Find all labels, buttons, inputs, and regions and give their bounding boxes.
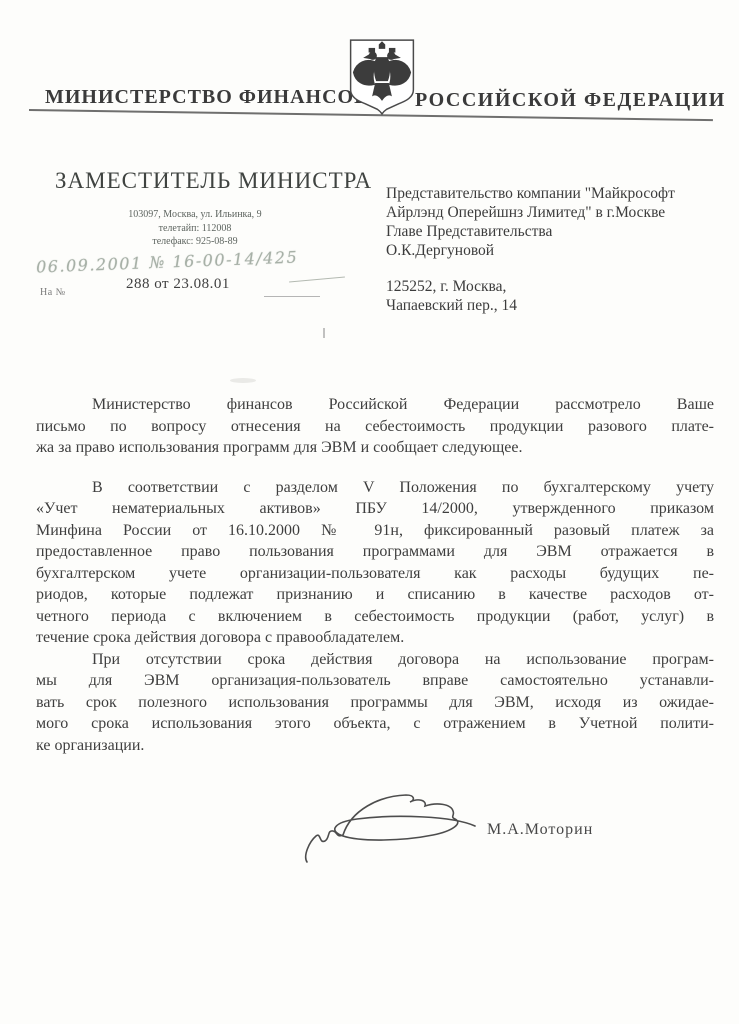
body-line: ке организации. <box>36 735 714 757</box>
body-line: мого срока использования этого объекта, … <box>36 713 714 735</box>
body-line: «Учет нематериальных активов» ПБУ 14/200… <box>36 498 714 520</box>
recipient-line: Представительство компании "Майкрософт <box>386 184 726 203</box>
outgoing-reference-handwritten: 06.09.2001 № 16-00-14/425 <box>36 244 376 276</box>
recipient-address-line: Чапаевский пер., 14 <box>386 296 726 315</box>
body-line: Минфина России от 16.10.2000 № 91н, фикс… <box>36 520 714 542</box>
recipient-address-line: 125252, г. Москва, <box>386 277 726 296</box>
body-paragraph: При отсутствии срока действия договора н… <box>36 649 714 757</box>
scan-artifact-smudge <box>230 378 256 383</box>
incoming-reference: 288 от 23.08.01 <box>126 276 230 293</box>
body-line: течение срока действия договора с правоо… <box>36 627 714 649</box>
scan-artifact-tick <box>323 328 325 338</box>
body-line: риодов, которые подлежат признанию и спи… <box>36 584 714 606</box>
body-line: четного периода с включением в себестоим… <box>36 606 714 628</box>
recipient-line: О.К.Дергуновой <box>386 241 726 260</box>
ministry-name-right: РОССИЙСКОЙ ФЕДЕРАЦИИ <box>415 89 726 112</box>
body-line: вать срок полезного использования програ… <box>36 692 714 714</box>
reference-number-label: На № <box>40 287 66 298</box>
body-paragraph: Министерство финансов Российской Федерац… <box>36 394 714 459</box>
recipient-line: Айрлэнд Оперейшнз Лимитед" в г.Москве <box>386 203 726 222</box>
recipient-line: Главе Представительства <box>386 222 726 241</box>
body-line: жа за право использования программ для Э… <box>36 437 714 459</box>
body-paragraph: В соответствии с разделом V Положения по… <box>36 477 714 649</box>
body-line: предоставленное право пользования програ… <box>36 541 714 563</box>
letter-body: Министерство финансов Российской Федерац… <box>36 394 714 756</box>
scanned-letter-page: МИНИСТЕРСТВО ФИНАНСОВ РОССИЙСКОЙ ФЕДЕРАЦ… <box>0 0 739 1024</box>
body-line: мы для ЭВМ организация-пользователь впра… <box>36 670 714 692</box>
handwriting-underline <box>289 277 345 283</box>
body-line: Министерство финансов Российской Федерац… <box>36 394 714 416</box>
deputy-minister-title: ЗАМЕСТИТЕЛЬ МИНИСТРА <box>55 168 372 194</box>
coat-of-arms-icon <box>346 38 418 116</box>
body-line: письмо по вопросу отнесения на себестоим… <box>36 416 714 438</box>
body-line: При отсутствии срока действия договора н… <box>36 649 714 671</box>
signatory-name: М.А.Моторин <box>487 821 593 839</box>
ministry-name-left: МИНИСТЕРСТВО ФИНАНСОВ <box>45 86 368 109</box>
recipient-block: Представительство компании "Майкрософт А… <box>386 184 726 315</box>
sender-address-line: телетайп: 112008 <box>40 222 350 236</box>
body-line: В соответствии с разделом V Положения по… <box>36 477 714 499</box>
body-line: бухгалтерском учете организации-пользова… <box>36 563 714 585</box>
sender-address-line: 103097, Москва, ул. Ильинка, 9 <box>40 208 350 222</box>
sender-address: 103097, Москва, ул. Ильинка, 9 телетайп:… <box>40 208 350 249</box>
handwriting-underline <box>264 296 320 297</box>
